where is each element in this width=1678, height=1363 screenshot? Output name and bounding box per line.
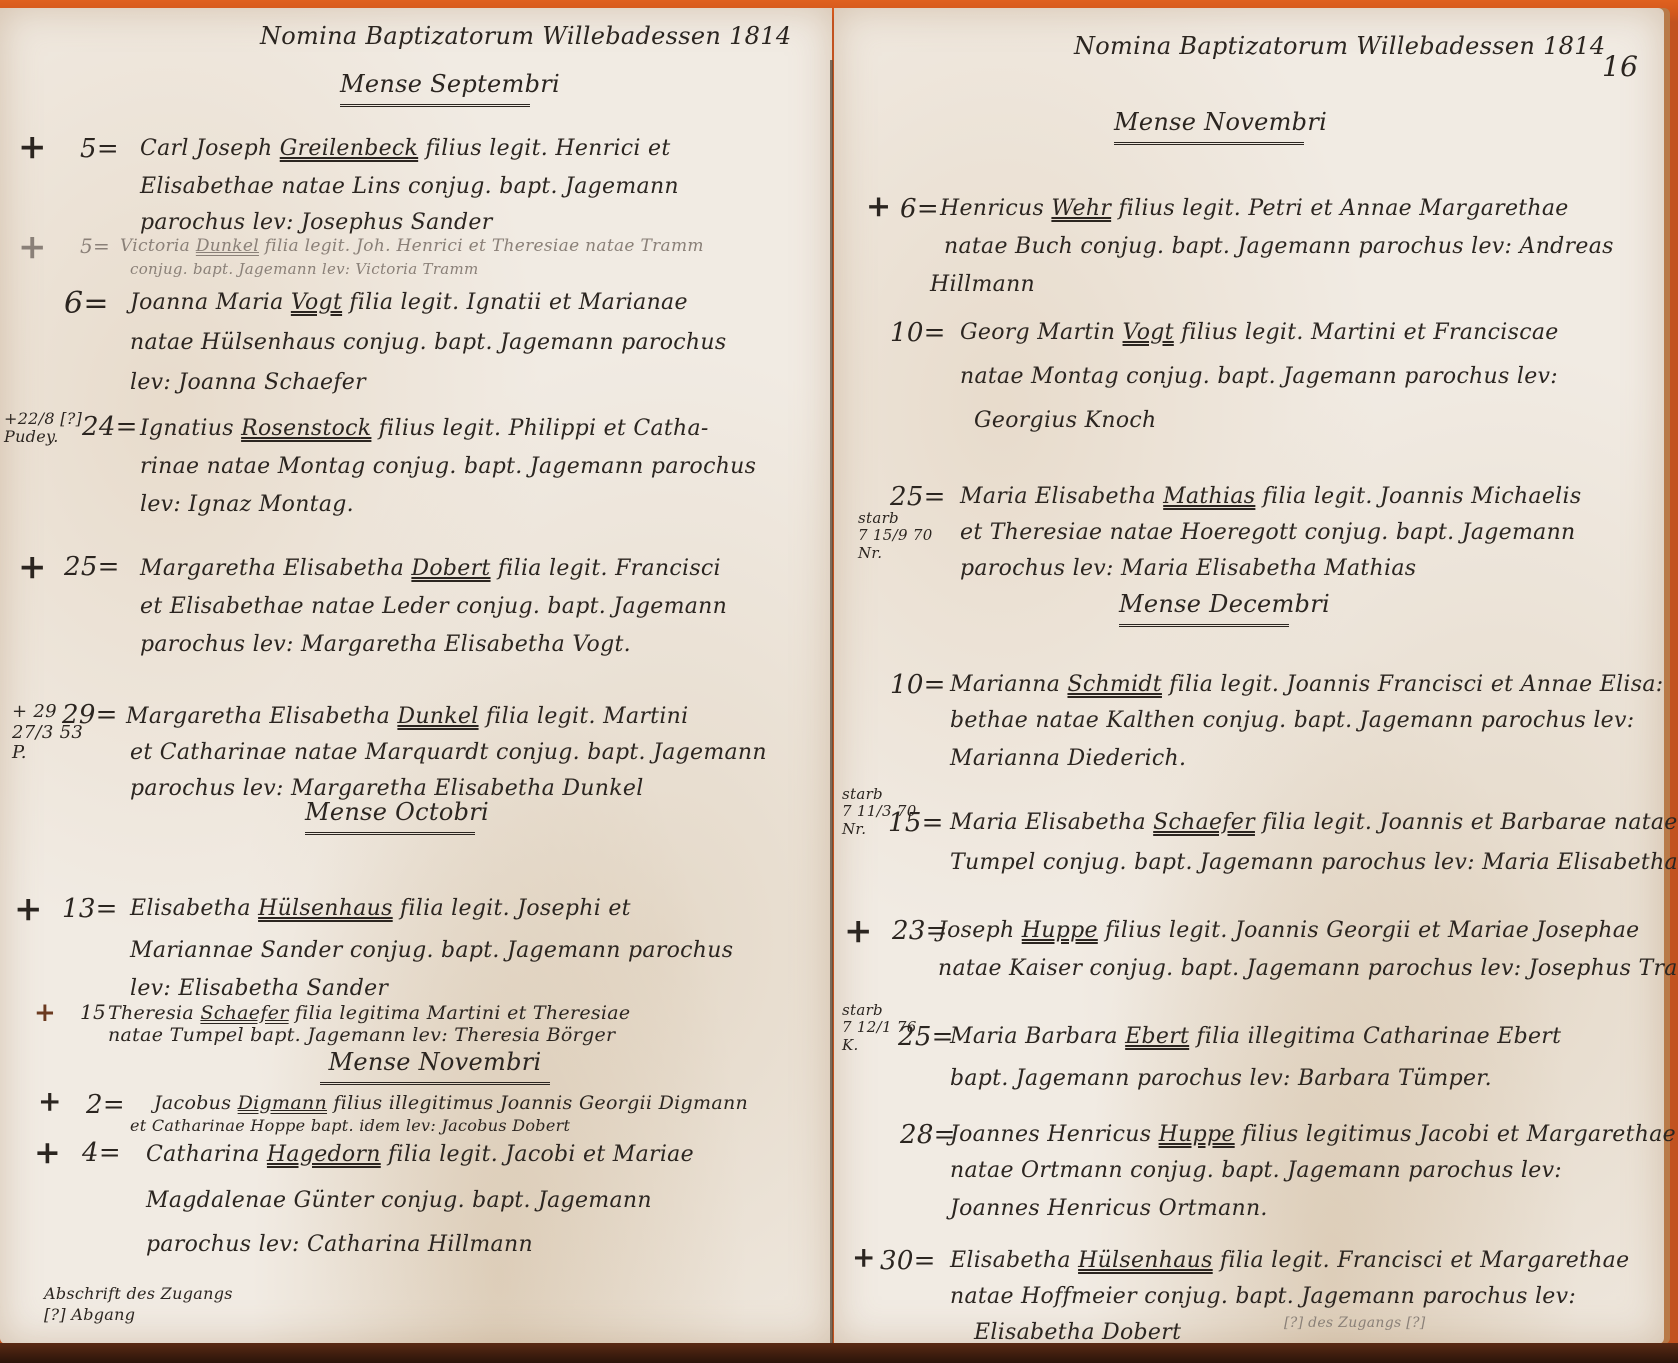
month-heading-november: Mense Novembri — [1114, 108, 1304, 145]
footnote: [?] des Zugangs [?] — [1284, 1314, 1426, 1332]
child-given-name: Joannes Henricus — [950, 1122, 1151, 1147]
child-given-name: Joseph — [938, 918, 1014, 943]
entry-line-3: lev: Elisabetha Sander — [130, 976, 388, 1001]
child-given-name: Margaretha Elisabetha — [126, 704, 390, 729]
book-gutter — [830, 60, 833, 1350]
entry-line-2: bethae natae Kalthen conjug. bapt. Jagem… — [950, 708, 1634, 733]
child-surname: Wehr — [1051, 196, 1111, 221]
entry-line-1: Maria Elisabetha Schaefer filia legit. J… — [950, 810, 1678, 835]
entry-day: 5= — [80, 134, 119, 164]
entry-line-2: natae Hülsenhaus conjug. bapt. Jagemann … — [130, 330, 726, 355]
child-surname: Schmidt — [1067, 672, 1161, 697]
entry-line-2: rinae natae Montag conjug. bapt. Jageman… — [140, 454, 756, 479]
child-surname: Hagedorn — [267, 1142, 381, 1167]
entry-text: filius legitimus Jacobi et Margarethae — [1242, 1122, 1676, 1147]
month-heading-november: Mense Novembri — [320, 1048, 550, 1085]
entry-day: 25= — [898, 1022, 954, 1052]
child-surname: Mathias — [1163, 484, 1255, 509]
cross-mark-icon: + — [866, 192, 891, 222]
month-heading-october: Mense Octobri — [305, 798, 475, 835]
entry-line-2: et Catharinae Hoppe bapt. idem lev: Jaco… — [130, 1116, 570, 1135]
child-given-name: Carl Joseph — [140, 136, 272, 161]
entry-line-1: Catharina Hagedorn filia legit. Jacobi e… — [146, 1142, 694, 1167]
cross-mark-icon: + — [18, 130, 47, 164]
child-surname: Hülsenhaus — [258, 896, 393, 921]
child-given-name: Joanna Maria — [130, 290, 284, 315]
entry-line-1: Ignatius Rosenstock filius legit. Philip… — [140, 416, 709, 441]
cross-mark-icon: + — [38, 1088, 62, 1116]
right-page: Nomina Baptizatorum Willebadessen 1814 1… — [834, 8, 1664, 1344]
entry-line-3: Elisabetha Dobert — [974, 1320, 1181, 1345]
child-surname: Greilenbeck — [280, 136, 418, 161]
book-bottom-edge — [0, 1343, 1678, 1363]
entry-text: filia legit. Joannis et Barbarae natae — [1262, 810, 1677, 835]
entry-line-3: parochus lev: Margaretha Elisabetha Vogt… — [140, 632, 631, 657]
entry-day: 29= — [62, 700, 118, 730]
entry-line-2: natae Ortmann conjug. bapt. Jagemann par… — [950, 1158, 1562, 1183]
cross-mark-icon: + — [18, 230, 47, 264]
entry-day: 25= — [890, 482, 946, 512]
cross-mark-icon: + — [34, 1136, 61, 1168]
entry-line-2: natae Montag conjug. bapt. Jagemann paro… — [960, 364, 1558, 389]
child-surname: Schaefer — [1153, 810, 1255, 835]
child-given-name: Jacobus — [154, 1092, 231, 1114]
entry-day: 4= — [82, 1138, 121, 1168]
entry-line-2: Mariannae Sander conjug. bapt. Jagemann … — [130, 938, 733, 963]
entry-text: filius legit. Philippi et Catha- — [379, 416, 709, 441]
entry-text: filius illegitimus Joannis Georgii Digma… — [333, 1092, 748, 1114]
entry-text: filia legit. Joh. Henrici et Theresiae n… — [265, 236, 704, 256]
entry-line-3: parochus lev: Josephus Sander — [140, 210, 493, 235]
entry-day: 15 — [80, 1000, 106, 1024]
entry-line-1: Maria Elisabetha Mathias filia legit. Jo… — [960, 484, 1581, 509]
entry-line-2: et Catharinae natae Marquardt conjug. ba… — [130, 740, 767, 765]
child-surname: Dunkel — [196, 236, 259, 256]
left-page: Nomina Baptizatorum Willebadessen 1814 M… — [0, 8, 832, 1344]
entry-text: filius legit. Martini et Franciscae — [1181, 320, 1558, 345]
entry-day: 24= — [82, 412, 138, 442]
child-given-name: Elisabetha — [950, 1248, 1071, 1273]
entry-text: filius legit. Henrici et — [425, 136, 670, 161]
entry-line-1: Jacobus Digmann filius illegitimus Joann… — [154, 1092, 748, 1114]
child-given-name: Victoria — [120, 236, 190, 256]
entry-day: 25= — [64, 552, 120, 582]
entry-line-2: natae Tumpel bapt. Jagemann lev: Theresi… — [108, 1024, 615, 1046]
cross-mark-icon: + — [852, 1244, 876, 1272]
entry-day: 30= — [880, 1246, 936, 1276]
child-surname: Ebert — [1125, 1024, 1189, 1049]
entry-line-2: bapt. Jagemann parochus lev: Barbara Tüm… — [950, 1066, 1492, 1091]
entry-day: 5= — [80, 234, 110, 258]
entry-day: 15= — [888, 808, 944, 838]
entry-day: 6= — [900, 194, 939, 224]
entry-line-3: parochus lev: Margaretha Elisabetha Dunk… — [130, 776, 644, 801]
margin-note: +22/8 [?] Pudey. — [4, 410, 82, 447]
entry-line-1: Joseph Huppe filius legit. Joannis Georg… — [938, 918, 1639, 943]
entry-text: filius legit. Joannis Georgii et Mariae … — [1105, 918, 1639, 943]
page-number: 16 — [1602, 50, 1638, 83]
entry-text: filia legit. Martini — [486, 704, 689, 729]
child-surname: Dobert — [411, 556, 490, 581]
entry-text: filia legitima Martini et Theresiae — [295, 1002, 631, 1024]
entry-line-2: natae Kaiser conjug. bapt. Jagemann paro… — [938, 956, 1678, 981]
child-surname: Dunkel — [397, 704, 478, 729]
entry-line-1: Margaretha Elisabetha Dobert filia legit… — [140, 556, 721, 581]
entry-line-2: et Elisabethae natae Leder conjug. bapt.… — [140, 594, 727, 619]
margin-note: starb 7 15/9 70 Nr. — [858, 510, 933, 562]
entry-day: 10= — [890, 670, 946, 700]
cross-mark-icon: + — [18, 550, 47, 584]
entry-line-1: Carl Joseph Greilenbeck filius legit. He… — [140, 136, 671, 161]
entry-line-1: Joanna Maria Vogt filia legit. Ignatii e… — [130, 290, 688, 315]
child-surname: Hülsenhaus — [1078, 1248, 1213, 1273]
child-given-name: Marianna — [950, 672, 1060, 697]
entry-text: filia legit. Joannis Michaelis — [1263, 484, 1582, 509]
child-surname: Vogt — [291, 290, 342, 315]
cross-mark-icon: + — [844, 914, 873, 948]
page-header: Nomina Baptizatorum Willebadessen 1814 — [260, 22, 680, 50]
entry-line-3: lev: Ignaz Montag. — [140, 492, 354, 517]
child-surname: Huppe — [1159, 1122, 1235, 1147]
child-surname: Vogt — [1123, 320, 1174, 345]
entry-line-1: Margaretha Elisabetha Dunkel filia legit… — [126, 704, 688, 729]
cross-mark-icon: + — [34, 1000, 56, 1026]
entry-line-2: conjug. bapt. Jagemann lev: Victoria Tra… — [130, 260, 479, 278]
child-surname: Huppe — [1022, 918, 1098, 943]
entry-line-1: Henricus Wehr filius legit. Petri et Ann… — [940, 196, 1569, 221]
entry-line-2: natae Buch conjug. bapt. Jagemann paroch… — [944, 234, 1614, 259]
entry-line-3: parochus lev: Maria Elisabetha Mathias — [960, 556, 1416, 581]
entry-day: 6= — [64, 286, 109, 321]
child-given-name: Maria Barbara — [950, 1024, 1118, 1049]
cross-mark-icon: + — [14, 892, 43, 926]
entry-line-1: Joannes Henricus Huppe filius legitimus … — [950, 1122, 1676, 1147]
entry-line-3: Hillmann — [930, 272, 1035, 297]
entry-text: filia illegitima Catharinae Ebert — [1196, 1024, 1561, 1049]
entry-line-1: Theresia Schaefer filia legitima Martini… — [108, 1002, 630, 1024]
footnote: Abschrift des Zugangs [?] Abgang — [44, 1284, 233, 1326]
entry-line-1: Elisabetha Hülsenhaus filia legit. Josep… — [130, 896, 631, 921]
entry-text: filia legit. Josephi et — [400, 896, 631, 921]
entry-line-1: Victoria Dunkel filia legit. Joh. Henric… — [120, 236, 704, 256]
child-given-name: Theresia — [108, 1002, 194, 1024]
page-header: Nomina Baptizatorum Willebadessen 1814 — [1074, 32, 1494, 60]
entry-line-2: natae Hoffmeier conjug. bapt. Jagemann p… — [950, 1284, 1576, 1309]
entry-text: filia legit. Jacobi et Mariae — [388, 1142, 694, 1167]
entry-day: 28= — [900, 1120, 956, 1150]
child-surname: Schaefer — [200, 1002, 288, 1024]
month-heading-december: Mense Decembri — [1119, 590, 1289, 627]
child-given-name: Catharina — [146, 1142, 260, 1167]
entry-text: filia legit. Ignatii et Marianae — [349, 290, 687, 315]
entry-line-2: Magdalenae Günter conjug. bapt. Jagemann — [146, 1188, 652, 1213]
child-given-name: Ignatius — [140, 416, 234, 441]
entry-line-2: Tumpel conjug. bapt. Jagemann parochus l… — [950, 850, 1678, 875]
entry-line-3: Joannes Henricus Ortmann. — [950, 1196, 1268, 1221]
entry-line-2: Elisabethae natae Lins conjug. bapt. Jag… — [140, 174, 679, 199]
entry-line-3: lev: Joanna Schaefer — [130, 370, 366, 395]
entry-line-2: et Theresiae natae Hoeregott conjug. bap… — [960, 520, 1576, 545]
child-given-name: Maria Elisabetha — [950, 810, 1146, 835]
child-given-name: Georg Martin — [960, 320, 1115, 345]
child-surname: Digmann — [238, 1092, 327, 1114]
child-given-name: Maria Elisabetha — [960, 484, 1156, 509]
entry-line-1: Marianna Schmidt filia legit. Joannis Fr… — [950, 672, 1663, 697]
month-heading-september: Mense Septembri — [340, 70, 530, 107]
entry-line-1: Georg Martin Vogt filius legit. Martini … — [960, 320, 1559, 345]
entry-text: filia legit. Francisci — [498, 556, 721, 581]
entry-day: 2= — [86, 1090, 125, 1120]
entry-day: 10= — [890, 318, 946, 348]
child-given-name: Elisabetha — [130, 896, 251, 921]
child-given-name: Margaretha Elisabetha — [140, 556, 404, 581]
entry-line-1: Elisabetha Hülsenhaus filia legit. Franc… — [950, 1248, 1629, 1273]
entry-text: filius legit. Petri et Annae Margarethae — [1118, 196, 1568, 221]
entry-text: filia legit. Joannis Francisci et Annae … — [1169, 672, 1663, 697]
child-surname: Rosenstock — [241, 416, 371, 441]
entry-line-1: Maria Barbara Ebert filia illegitima Cat… — [950, 1024, 1561, 1049]
child-given-name: Henricus — [940, 196, 1044, 221]
entry-line-3: parochus lev: Catharina Hillmann — [146, 1232, 533, 1257]
entry-line-3: Marianna Diederich. — [950, 746, 1186, 771]
entry-text: filia legit. Francisci et Margarethae — [1220, 1248, 1629, 1273]
register-book: Nomina Baptizatorum Willebadessen 1814 M… — [0, 0, 1678, 1363]
entry-line-3: Georgius Knoch — [974, 408, 1156, 433]
entry-day: 13= — [62, 894, 118, 924]
